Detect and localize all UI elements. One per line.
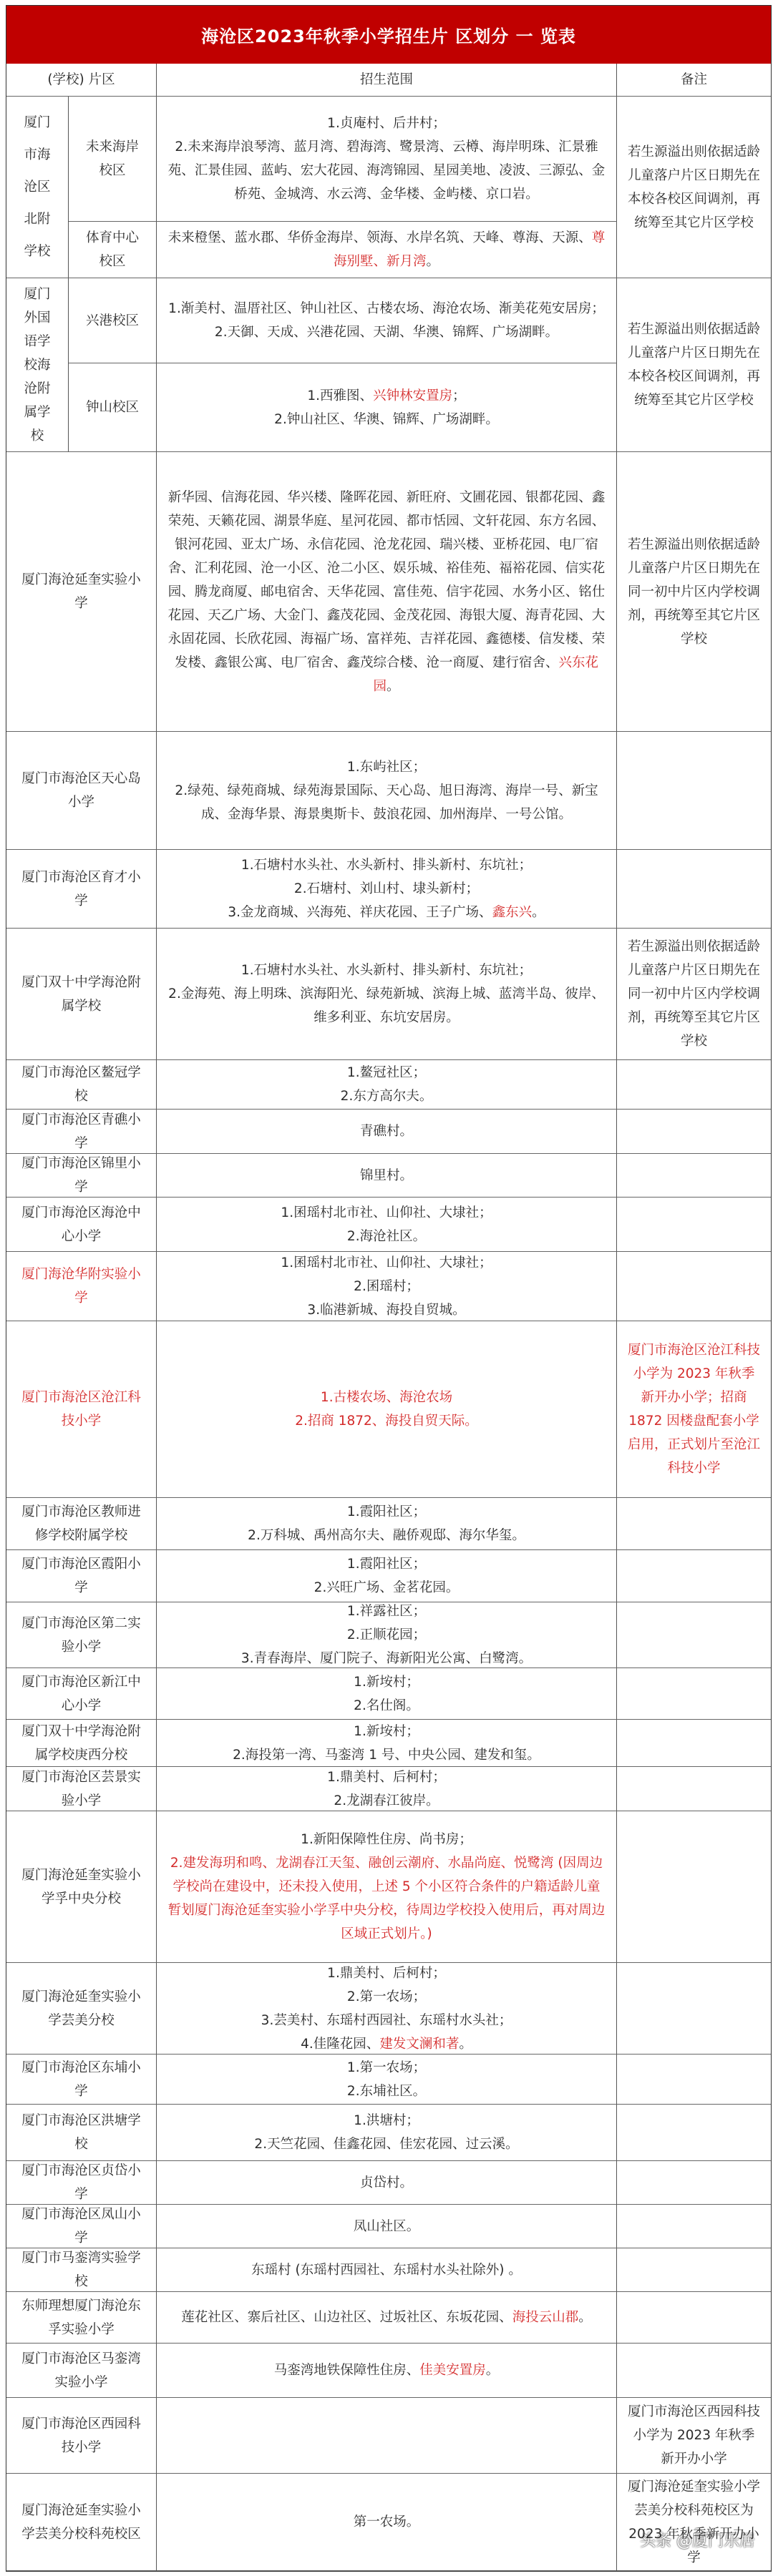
scope-text: 2.天御、天成、兴港花园、天湖、华澳、锦辉、广场湖畔。 <box>215 325 558 340</box>
table-title: 海沧区2023年秋季小学招生片 区划分 一 览表 <box>6 6 771 64</box>
scope-text: 莲花社区、寨后社区、山边社区、过坂社区、东坂花园、 <box>181 2310 512 2325</box>
scope-line: 1.鼎美村、后柯村； <box>327 1766 446 1789</box>
scope-line: 东瑶村 (东瑶村西园社、东瑶村水头社除外) 。 <box>251 2258 522 2282</box>
scope-line: 1.古楼农场、海沧农场 <box>295 1386 478 1409</box>
scope-lines: 1.新阳保障性住房、尚书房；2.建发海玥和鸣、龙湖春江天玺、融创云潮府、水晶尚庭… <box>167 1828 606 1946</box>
scope-text: 2.天竺花园、佳鑫花园、佳宏花园、过云溪。 <box>254 2137 518 2152</box>
school-name: 厦门海沧延奎实验小学 <box>6 452 157 732</box>
remark <box>617 1602 771 1668</box>
scope-line: 1.新垵村； <box>233 1720 540 1743</box>
enrollment-scope: 1.第一农场；2.东埔社区。 <box>157 2055 617 2105</box>
scope-line: 1.新阳保障性住房、尚书房； <box>167 1828 606 1851</box>
scope-line: 马銮湾地铁保障性住房、佳美安置房。 <box>274 2359 500 2382</box>
remark <box>617 2055 771 2105</box>
scope-line: 1.洪塘村； <box>254 2109 518 2132</box>
enrollment-scope: 新华园、信海花园、华兴楼、隆晖花园、新旺府、文圃花园、银都花园、鑫荣苑、天籁花园… <box>157 452 617 732</box>
school-name: 厦门市海沧区鳌冠学校 <box>6 1060 157 1110</box>
scope-text: 2.钟山社区、华澳、锦辉、广场湖畔。 <box>274 412 499 427</box>
scope-line: 2.招商 1872、海投自贸天际。 <box>295 1409 478 1433</box>
enrollment-scope: 1.新阳保障性住房、尚书房；2.建发海玥和鸣、龙湖春江天玺、融创云潮府、水晶尚庭… <box>157 1811 617 1963</box>
remark <box>617 1767 771 1811</box>
highlighted-text: 海投云山郡 <box>512 2310 579 2325</box>
scope-text: 2.囷瑶村； <box>354 1279 419 1294</box>
scope-line: 2.石塘村、刘山村、埭头新村； <box>228 877 545 901</box>
highlighted-text: 鑫东兴 <box>492 905 533 920</box>
school-name: 厦门市海沧区贞岱小学 <box>6 2161 157 2205</box>
school-name: 厦门市海沧区马銮湾实验小学 <box>6 2344 157 2398</box>
scope-lines: 凤山社区。 <box>354 2215 420 2238</box>
scope-lines: 新华园、信海花园、华兴楼、隆晖花园、新旺府、文圃花园、银都花园、鑫荣苑、天籁花园… <box>167 486 606 698</box>
scope-text: 1.囷瑶村北市社、山仰社、大埭社； <box>281 1205 492 1220</box>
enrollment-scope: 1.祥露社区；2.正顺花园；3.青春海岸、厦门院子、海新阳光公寓、白鹭湾。 <box>157 1602 617 1668</box>
scope-line: 新华园、信海花园、华兴楼、隆晖花园、新旺府、文圃花园、银都花园、鑫荣苑、天籁花园… <box>167 486 606 698</box>
header-school: (学校) 片区 <box>6 64 157 97</box>
campus-scope: 未来橙堡、蓝水郡、华侨金海岸、领海、水岸名筑、天峰、尊海、天源、尊海别墅、新月湾… <box>157 222 617 278</box>
enrollment-scope: 第一农场。 <box>157 2474 617 2571</box>
school-name: 厦门市海沧区洪塘学校 <box>6 2105 157 2161</box>
scope-line: 2.第一农场； <box>261 1985 512 2009</box>
remark <box>617 1668 771 1720</box>
campus-scope: 1.西雅图、兴钟林安置房；2.钟山社区、华澳、锦辉、广场湖畔。 <box>157 363 617 452</box>
scope-text: 1.石塘村水头社、水头新村、排头新村、东坑社； <box>241 963 532 978</box>
enrollment-scope: 锦里村。 <box>157 1154 617 1198</box>
enrollment-scope: 1.霞阳社区；2.兴旺广场、金茗花园。 <box>157 1550 617 1602</box>
remark <box>617 1963 771 2055</box>
scope-lines: 1.新垵村；2.海投第一湾、马銮湾 1 号、中央公园、建发和玺。 <box>233 1720 540 1767</box>
highlighted-text: 2.招商 1872、海投自贸天际。 <box>295 1414 478 1429</box>
scope-line: 1.石塘村水头社、水头新村、排头新村、东坑社； <box>228 853 545 877</box>
scope-lines: 贞岱村。 <box>360 2171 413 2195</box>
scope-line: 1.鳌冠社区； <box>341 1061 433 1084</box>
scope-line: 1.石塘村水头社、水头新村、排头新村、东坑社； <box>167 959 606 982</box>
enrollment-scope: 1.囷瑶村北市社、山仰社、大埭社；2.海沧社区。 <box>157 1198 617 1252</box>
scope-text: 。 <box>427 254 440 269</box>
scope-text: 。 <box>532 905 545 920</box>
scope-line: 3.青春海岸、厦门院子、海新阳光公寓、白鹭湾。 <box>241 1647 532 1670</box>
scope-line: 2.东方高尔夫。 <box>341 1084 433 1108</box>
scope-lines: 1.石塘村水头社、水头新村、排头新村、东坑社；2.石塘村、刘山村、埭头新村；3.… <box>228 853 545 924</box>
scope-line: 2.金海苑、海上明珠、滨海阳光、绿苑新城、滨海上城、蓝湾半岛、彼岸、维多利亚、东… <box>167 982 606 1029</box>
remark <box>617 1154 771 1198</box>
group-note: 若生源溢出则依据适龄儿童落户片区日期先在本校各校区间调剂，再统筹至其它片区学校 <box>617 278 771 452</box>
campus-name: 兴港校区 <box>69 278 157 363</box>
scope-line: 1.东屿社区； <box>167 755 606 779</box>
scope-lines: 未来橙堡、蓝水郡、华侨金海岸、领海、水岸名筑、天峰、尊海、天源、尊海别墅、新月湾… <box>167 226 606 273</box>
scope-line: 1.囷瑶村北市社、山仰社、大埭社； <box>281 1251 492 1275</box>
enrollment-scope: 1.东屿社区；2.绿苑、绿苑商城、绿苑海景国际、天心岛、旭日海湾、海岸一号、新宝… <box>157 732 617 850</box>
enrollment-scope: 1.石塘村水头社、水头新村、排头新村、东坑社；2.金海苑、海上明珠、滨海阳光、绿… <box>157 929 617 1060</box>
header-note: 备注 <box>617 64 771 97</box>
scope-text: 贞岱村。 <box>360 2175 413 2190</box>
scope-text: 2.金海苑、海上明珠、滨海阳光、绿苑新城、滨海上城、蓝湾半岛、彼岸、维多利亚、东… <box>168 986 605 1025</box>
scope-text: 4.佳隆花园、 <box>301 2037 379 2052</box>
scope-line: 莲花社区、寨后社区、山边社区、过坂社区、东坂花园、海投云山郡。 <box>181 2306 592 2329</box>
enrollment-scope: 1.鼎美村、后柯村；2.第一农场；3.芸美村、东瑶村西园社、东瑶村水头社；4.佳… <box>157 1963 617 2055</box>
scope-lines: 1.古楼农场、海沧农场2.招商 1872、海投自贸天际。 <box>295 1386 478 1433</box>
scope-line: 2.囷瑶村； <box>281 1275 492 1298</box>
school-name: 厦门双十中学海沧附属学校庚西分校 <box>6 1720 157 1767</box>
scope-text: 。 <box>459 2037 472 2052</box>
scope-lines: 1.祥露社区；2.正顺花园；3.青春海岸、厦门院子、海新阳光公寓、白鹭湾。 <box>241 1600 532 1670</box>
scope-lines: 青礁村。 <box>360 1120 413 1143</box>
school-name: 厦门市海沧区沧江科技小学 <box>6 1321 157 1498</box>
scope-line: 1.渐美村、温厝社区、钟山社区、古楼农场、海沧农场、渐美花苑安居房； <box>168 297 605 320</box>
scope-lines: 1.第一农场；2.东埔社区。 <box>347 2056 426 2103</box>
highlighted-text: 1.古楼农场、海沧农场 <box>321 1390 452 1405</box>
scope-text: 凤山社区。 <box>354 2219 420 2234</box>
scope-text: 3.临港新城、海投自贸城。 <box>307 1303 465 1318</box>
scope-text: 1.东屿社区； <box>347 760 426 775</box>
scope-lines: 锦里村。 <box>360 1164 413 1187</box>
enrollment-scope: 莲花社区、寨后社区、山边社区、过坂社区、东坂花园、海投云山郡。 <box>157 2292 617 2344</box>
enrollment-scope: 凤山社区。 <box>157 2205 617 2248</box>
scope-lines: 东瑶村 (东瑶村西园社、东瑶村水头社除外) 。 <box>251 2258 522 2282</box>
highlighted-text: 2.建发海玥和鸣、龙湖春江天玺、融创云潮府、水晶尚庭、悦鹭湾 (因周边学校尚在建… <box>168 1856 606 1941</box>
school-name: 厦门市海沧区芸景实验小学 <box>6 1767 157 1811</box>
scope-text: ； <box>452 388 466 403</box>
school-name: 厦门海沧华附实验小学 <box>6 1252 157 1321</box>
scope-text: 。 <box>386 679 400 694</box>
school-name: 厦门海沧延奎实验小学孚中央分校 <box>6 1811 157 1963</box>
scope-text: 2.龙湖春江彼岸。 <box>334 1793 439 1808</box>
remark <box>617 1198 771 1252</box>
remark <box>617 2248 771 2292</box>
scope-lines: 1.鳌冠社区；2.东方高尔夫。 <box>341 1061 433 1108</box>
scope-text: 1.贞庵村、后井村； <box>327 116 446 131</box>
remark <box>617 1110 771 1154</box>
scope-lines: 1.贞庵村、后井村；2.未来海岸浪琴湾、蓝月湾、碧海湾、鹭景湾、云樽、海岸明珠、… <box>167 112 606 206</box>
remark: 若生源溢出则依据适龄儿童落户片区日期先在同一初中片区内学校调剂，再统筹至其它片区… <box>617 452 771 732</box>
scope-lines: 1.霞阳社区；2.万科城、禹州高尔夫、融侨观邸、海尔华玺。 <box>248 1500 525 1547</box>
scope-line: 1.新垵村； <box>354 1670 419 1694</box>
scope-line: 未来橙堡、蓝水郡、华侨金海岸、领海、水岸名筑、天峰、尊海、天源、尊海别墅、新月湾… <box>167 226 606 273</box>
campus-scope: 1.贞庵村、后井村；2.未来海岸浪琴湾、蓝月湾、碧海湾、鹭景湾、云樽、海岸明珠、… <box>157 97 617 222</box>
scope-text: 1.石塘村水头社、水头新村、排头新村、东坑社； <box>241 858 532 873</box>
school-name: 厦门市马銮湾实验学校 <box>6 2248 157 2292</box>
scope-text: 1.祥露社区； <box>347 1604 426 1619</box>
enrollment-scope: 青礁村。 <box>157 1110 617 1154</box>
scope-text: 1.鳌冠社区； <box>347 1065 426 1080</box>
remark <box>617 2105 771 2161</box>
scope-text: 2.海投第一湾、马銮湾 1 号、中央公园、建发和玺。 <box>233 1748 540 1763</box>
enrollment-scope: 1.霞阳社区；2.万科城、禹州高尔夫、融侨观邸、海尔华玺。 <box>157 1498 617 1550</box>
enrollment-scope: 马銮湾地铁保障性住房、佳美安置房。 <box>157 2344 617 2398</box>
remark <box>617 1550 771 1602</box>
school-name: 东师理想厦门海沧东孚实验小学 <box>6 2292 157 2344</box>
enrollment-scope: 1.新垵村；2.海投第一湾、马銮湾 1 号、中央公园、建发和玺。 <box>157 1720 617 1767</box>
enrollment-scope: 1.石塘村水头社、水头新村、排头新村、东坑社；2.石塘村、刘山村、埭头新村；3.… <box>157 850 617 929</box>
scope-line: 凤山社区。 <box>354 2215 420 2238</box>
scope-line: 2.天竺花园、佳鑫花园、佳宏花园、过云溪。 <box>254 2132 518 2156</box>
scope-lines: 1.石塘村水头社、水头新村、排头新村、东坑社；2.金海苑、海上明珠、滨海阳光、绿… <box>167 959 606 1029</box>
scope-text: 1.第一农场； <box>347 2060 426 2075</box>
remark <box>617 2344 771 2398</box>
remark <box>617 1720 771 1767</box>
scope-text: 第一农场。 <box>354 2514 420 2530</box>
school-name: 厦门市海沧区西园科技小学 <box>6 2398 157 2474</box>
campus-scope: 1.渐美村、温厝社区、钟山社区、古楼农场、海沧农场、渐美花苑安居房；2.天御、天… <box>157 278 617 363</box>
scope-line: 2.海投第一湾、马銮湾 1 号、中央公园、建发和玺。 <box>233 1743 540 1767</box>
scope-text: 2.东方高尔夫。 <box>341 1089 433 1104</box>
scope-text: 青礁村。 <box>360 1124 413 1139</box>
enrollment-scope: 1.鼎美村、后柯村；2.龙湖春江彼岸。 <box>157 1767 617 1811</box>
scope-line: 1.祥露社区； <box>241 1600 532 1623</box>
scope-lines: 1.囷瑶村北市社、山仰社、大埭社；2.海沧社区。 <box>281 1201 492 1248</box>
scope-text: 。 <box>486 2363 500 2378</box>
remark <box>617 1252 771 1321</box>
scope-line: 1.贞庵村、后井村； <box>167 112 606 135</box>
scope-text: 1.新阳保障性住房、尚书房； <box>301 1832 472 1847</box>
scope-lines: 1.洪塘村；2.天竺花园、佳鑫花园、佳宏花园、过云溪。 <box>254 2109 518 2156</box>
remark <box>617 1060 771 1110</box>
scope-text: 1.西雅图、 <box>307 388 373 403</box>
scope-lines: 1.霞阳社区；2.兴旺广场、金茗花园。 <box>314 1552 460 1600</box>
scope-line: 青礁村。 <box>360 1120 413 1143</box>
scope-text: 1.囷瑶村北市社、山仰社、大埭社； <box>281 1255 492 1270</box>
scope-line: 1.霞阳社区； <box>248 1500 525 1524</box>
scope-text: 1.洪塘村； <box>354 2113 419 2128</box>
scope-line: 2.东埔社区。 <box>347 2080 426 2103</box>
scope-text: 2.万科城、禹州高尔夫、融侨观邸、海尔华玺。 <box>248 1528 525 1543</box>
scope-text: 。 <box>578 2310 592 2325</box>
scope-line: 2.绿苑、绿苑商城、绿苑海景国际、天心岛、旭日海湾、海岸一号、新宝成、金海华景、… <box>167 779 606 826</box>
scope-line: 2.海沧社区。 <box>281 1225 492 1248</box>
scope-line: 2.万科城、禹州高尔夫、融侨观邸、海尔华玺。 <box>248 1524 525 1547</box>
scope-text: 1.霞阳社区； <box>347 1557 426 1572</box>
scope-line: 锦里村。 <box>360 1164 413 1187</box>
scope-text: 2.正顺花园； <box>347 1627 426 1642</box>
highlighted-text: 佳美安置房 <box>419 2363 486 2378</box>
scope-lines: 第一农场。 <box>354 2510 420 2534</box>
group-school-beifu: 厦门市海沧区北附学校 <box>6 97 69 278</box>
scope-text: 锦里村。 <box>360 1168 413 1183</box>
scope-line: 2.兴旺广场、金茗花园。 <box>314 1576 460 1600</box>
remark <box>617 732 771 850</box>
scope-line: 3.芸美村、东瑶村西园社、东瑶村水头社； <box>261 2009 512 2032</box>
scope-lines: 马銮湾地铁保障性住房、佳美安置房。 <box>274 2359 500 2382</box>
scope-line: 1.西雅图、兴钟林安置房； <box>274 384 499 408</box>
group-school-waiguoyu: 厦门外国语学校海沧附属学校 <box>6 278 69 452</box>
header-scope: 招生范围 <box>157 64 617 97</box>
scope-lines: 莲花社区、寨后社区、山边社区、过坂社区、东坂花园、海投云山郡。 <box>181 2306 592 2329</box>
remark: 若生源溢出则依据适龄儿童落户片区日期先在同一初中片区内学校调剂，再统筹至其它片区… <box>617 929 771 1060</box>
enrollment-scope: 1.新垵村；2.名仕阁。 <box>157 1668 617 1720</box>
school-name: 厦门双十中学海沧附属学校 <box>6 929 157 1060</box>
scope-text: 2.海沧社区。 <box>347 1229 426 1244</box>
scope-text: 东瑶村 (东瑶村西园社、东瑶村水头社除外) 。 <box>251 2263 522 2278</box>
scope-text: 2.东埔社区。 <box>347 2084 426 2099</box>
scope-text: 3.金龙商城、兴海苑、祥庆花园、王子广场、 <box>228 905 492 920</box>
scope-line: 1.囷瑶村北市社、山仰社、大埭社； <box>281 1201 492 1225</box>
scope-text: 3.青春海岸、厦门院子、海新阳光公寓、白鹭湾。 <box>241 1651 532 1666</box>
scope-text: 1.新垵村； <box>354 1724 419 1739</box>
remark <box>617 850 771 929</box>
scope-lines: 1.东屿社区；2.绿苑、绿苑商城、绿苑海景国际、天心岛、旭日海湾、海岸一号、新宝… <box>167 755 606 826</box>
remark: 厦门市海沧区沧江科技小学为 2023 年秋季新开办小学；招商 1872 因楼盘配… <box>617 1321 771 1498</box>
scope-line: 2.建发海玥和鸣、龙湖春江天玺、融创云潮府、水晶尚庭、悦鹭湾 (因周边学校尚在建… <box>167 1851 606 1946</box>
scope-line: 2.龙湖春江彼岸。 <box>327 1789 446 1813</box>
enrollment-scope: 1.古楼农场、海沧农场2.招商 1872、海投自贸天际。 <box>157 1321 617 1498</box>
scope-lines: 1.鼎美村、后柯村；2.第一农场；3.芸美村、东瑶村西园社、东瑶村水头社；4.佳… <box>261 1962 512 2056</box>
scope-line: 1.第一农场； <box>347 2056 426 2080</box>
remark: 厦门海沧延奎实验小学芸美分校科苑校区为 2023 年秋季新开办小学 <box>617 2474 771 2571</box>
scope-lines: 1.渐美村、温厝社区、钟山社区、古楼农场、海沧农场、渐美花苑安居房；2.天御、天… <box>168 297 605 344</box>
group-note: 若生源溢出则依据适龄儿童落户片区日期先在本校各校区间调剂，再统筹至其它片区学校 <box>617 97 771 278</box>
remark <box>617 1498 771 1550</box>
scope-lines: 1.西雅图、兴钟林安置房；2.钟山社区、华澳、锦辉、广场湖畔。 <box>274 384 499 431</box>
scope-line: 3.临港新城、海投自贸城。 <box>281 1298 492 1322</box>
campus-name: 体育中心校区 <box>69 222 157 278</box>
enrollment-scope: 1.鳌冠社区；2.东方高尔夫。 <box>157 1060 617 1110</box>
campus-name: 钟山校区 <box>69 363 157 452</box>
scope-line: 2.天御、天成、兴港花园、天湖、华澳、锦辉、广场湖畔。 <box>168 320 605 344</box>
remark <box>617 2292 771 2344</box>
scope-line: 第一农场。 <box>354 2510 420 2534</box>
remark <box>617 2161 771 2205</box>
scope-line: 3.金龙商城、兴海苑、祥庆花园、王子广场、鑫东兴。 <box>228 901 545 924</box>
enrollment-scope: 1.囷瑶村北市社、山仰社、大埭社；2.囷瑶村；3.临港新城、海投自贸城。 <box>157 1252 617 1321</box>
scope-line: 2.未来海岸浪琴湾、蓝月湾、碧海湾、鹭景湾、云樽、海岸明珠、汇景雅苑、汇景佳园、… <box>167 135 606 206</box>
scope-text: 2.第一农场； <box>347 1989 426 2004</box>
scope-line: 贞岱村。 <box>360 2171 413 2195</box>
scope-text: 1.新垵村； <box>354 1675 419 1690</box>
scope-line: 1.鼎美村、后柯村； <box>261 1962 512 1985</box>
scope-text: 2.绿苑、绿苑商城、绿苑海景国际、天心岛、旭日海湾、海岸一号、新宝成、金海华景、… <box>175 783 598 822</box>
enrollment-scope: 贞岱村。 <box>157 2161 617 2205</box>
scope-lines: 1.新垵村；2.名仕阁。 <box>354 1670 419 1718</box>
scope-line: 2.正顺花园； <box>241 1623 532 1647</box>
scope-line: 2.名仕阁。 <box>354 1694 419 1718</box>
school-name: 厦门海沧延奎实验小学芸美分校科苑校区 <box>6 2474 157 2571</box>
scope-text: 1.鼎美村、后柯村； <box>327 1966 446 1981</box>
scope-text: 1.霞阳社区； <box>347 1504 426 1519</box>
scope-text: 2.未来海岸浪琴湾、蓝月湾、碧海湾、鹭景湾、云樽、海岸明珠、汇景雅苑、汇景佳园、… <box>168 139 606 202</box>
school-name: 厦门市海沧区育才小学 <box>6 850 157 929</box>
enrollment-scope: 1.洪塘村；2.天竺花园、佳鑫花园、佳宏花园、过云溪。 <box>157 2105 617 2161</box>
school-name: 厦门市海沧区海沧中心小学 <box>6 1198 157 1252</box>
remark <box>617 2205 771 2248</box>
campus-name: 未来海岸校区 <box>69 97 157 222</box>
school-name: 厦门市海沧区凤山小学 <box>6 2205 157 2248</box>
school-name: 厦门市海沧区教师进修学校附属学校 <box>6 1498 157 1550</box>
enrollment-scope: 东瑶村 (东瑶村西园社、东瑶村水头社除外) 。 <box>157 2248 617 2292</box>
school-name: 厦门市海沧区天心岛小学 <box>6 732 157 850</box>
scope-text: 新华园、信海花园、华兴楼、隆晖花园、新旺府、文圃花园、银都花园、鑫荣苑、天籁花园… <box>168 490 606 670</box>
highlighted-text: 兴钟林安置房 <box>373 388 452 403</box>
school-name: 厦门市海沧区第二实验小学 <box>6 1602 157 1668</box>
scope-text: 1.渐美村、温厝社区、钟山社区、古楼农场、海沧农场、渐美花苑安居房； <box>168 301 605 316</box>
remark: 厦门市海沧区西园科技小学为 2023 年秋季新开办小学 <box>617 2398 771 2474</box>
school-name: 厦门市海沧区新江中心小学 <box>6 1668 157 1720</box>
scope-text: 马銮湾地铁保障性住房、 <box>274 2363 420 2378</box>
scope-line: 1.霞阳社区； <box>314 1552 460 1576</box>
scope-text: 2.兴旺广场、金茗花园。 <box>314 1580 460 1595</box>
highlighted-text: 建发文澜和著 <box>379 2037 459 2052</box>
school-name: 厦门市海沧区东埔小学 <box>6 2055 157 2105</box>
school-name: 厦门市海沧区青礁小学 <box>6 1110 157 1154</box>
school-name: 厦门海沧延奎实验小学芸美分校 <box>6 1963 157 2055</box>
scope-line: 4.佳隆花园、建发文澜和著。 <box>261 2032 512 2056</box>
enrollment-table: 海沧区2023年秋季小学招生片 区划分 一 览表 (学校) 片区 招生范围 备注… <box>6 5 772 2572</box>
scope-line: 2.钟山社区、华澳、锦辉、广场湖畔。 <box>274 408 499 431</box>
enrollment-scope <box>157 2398 617 2474</box>
school-name: 厦门市海沧区霞阳小学 <box>6 1550 157 1602</box>
scope-lines: 1.囷瑶村北市社、山仰社、大埭社；2.囷瑶村；3.临港新城、海投自贸城。 <box>281 1251 492 1322</box>
school-name: 厦门市海沧区锦里小学 <box>6 1154 157 1198</box>
scope-text: 2.名仕阁。 <box>354 1698 419 1713</box>
scope-text: 3.芸美村、东瑶村西园社、东瑶村水头社； <box>261 2013 512 2028</box>
scope-text: 2.石塘村、刘山村、埭头新村； <box>294 881 479 896</box>
remark <box>617 1811 771 1963</box>
scope-text: 1.鼎美村、后柯村； <box>327 1770 446 1785</box>
scope-lines: 1.鼎美村、后柯村；2.龙湖春江彼岸。 <box>327 1766 446 1813</box>
scope-text: 未来橙堡、蓝水郡、华侨金海岸、领海、水岸名筑、天峰、尊海、天源、 <box>168 230 592 245</box>
